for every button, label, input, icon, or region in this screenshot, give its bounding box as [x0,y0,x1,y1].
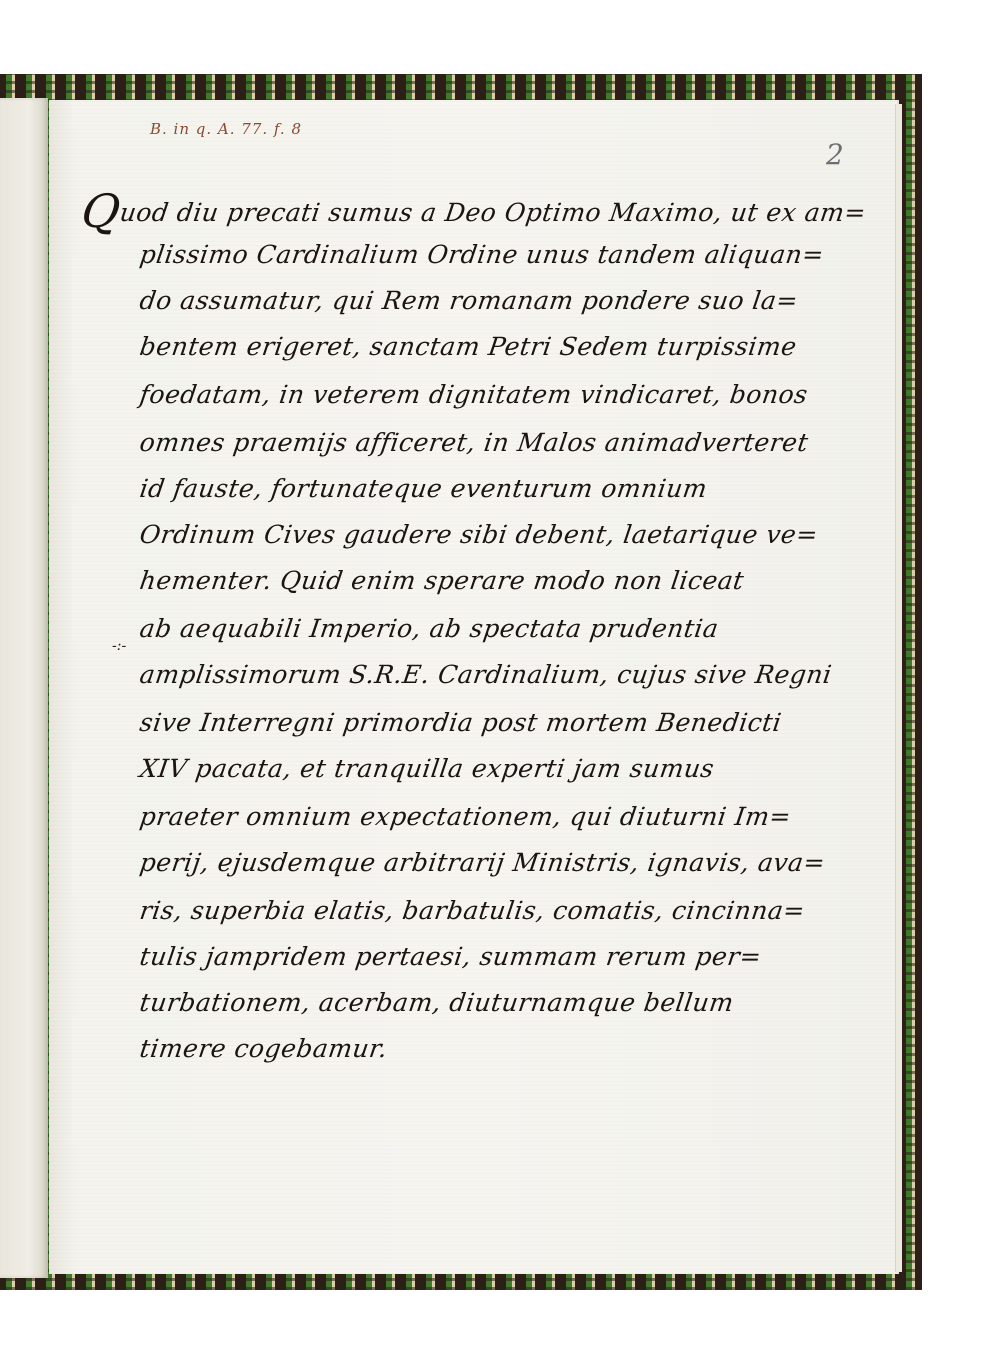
initial-letter: Q [78,184,124,238]
text-line: perij, ejusdemque arbitrarij Ministris, … [138,848,827,877]
text-line: bentem erigeret, sanctam Petri Sedem tur… [138,332,799,361]
margin-mark: -:- [112,638,126,654]
text-line: timere cogebamur. [138,1034,390,1063]
page-fore-edge [895,104,902,1272]
shelfmark-annotation: B. in q. A. 77. f. 8 [150,120,302,138]
text-line: Quod diu precati sumus a Deo Optimo Maxi… [79,188,870,234]
text-line: omnes praemijs afficeret, in Malos anima… [138,428,810,457]
text-line: hementer. Quid enim sperare modo non lic… [138,566,746,595]
folio-number: 2 [826,138,844,171]
text-line: ab aequabili Imperio, ab spectata pruden… [138,614,721,643]
text-line: plissimo Cardinalium Ordine unus tandem … [138,240,826,269]
text-line: sive Interregni primordia post mortem Be… [138,708,784,737]
manuscript-photo: B. in q. A. 77. f. 8 2 -:- Quod diu prec… [0,0,1000,1351]
text-line: ris, superbia elatis, barbatulis, comati… [138,896,807,925]
text-line: Ordinum Cives gaudere sibi debent, laeta… [138,520,820,549]
text-line: id fauste, fortunateque eventurum omnium [138,474,709,503]
text-line: praeter omnium expectationem, qui diutur… [138,802,793,831]
text-line: XIV pacata, et tranquilla experti jam su… [138,754,716,783]
left-page-edge [0,98,48,1278]
text-line: tulis jampridem pertaesi, summam rerum p… [138,942,764,971]
text-line: foedatam, in veterem dignitatem vindicar… [138,380,810,409]
text-line: turbationem, acerbam, diuturnamque bellu… [138,988,736,1017]
text-line: amplissimorum S.R.E. Cardinalium, cujus … [138,660,834,689]
text-line: do assumatur, qui Rem romanam pondere su… [138,286,800,315]
